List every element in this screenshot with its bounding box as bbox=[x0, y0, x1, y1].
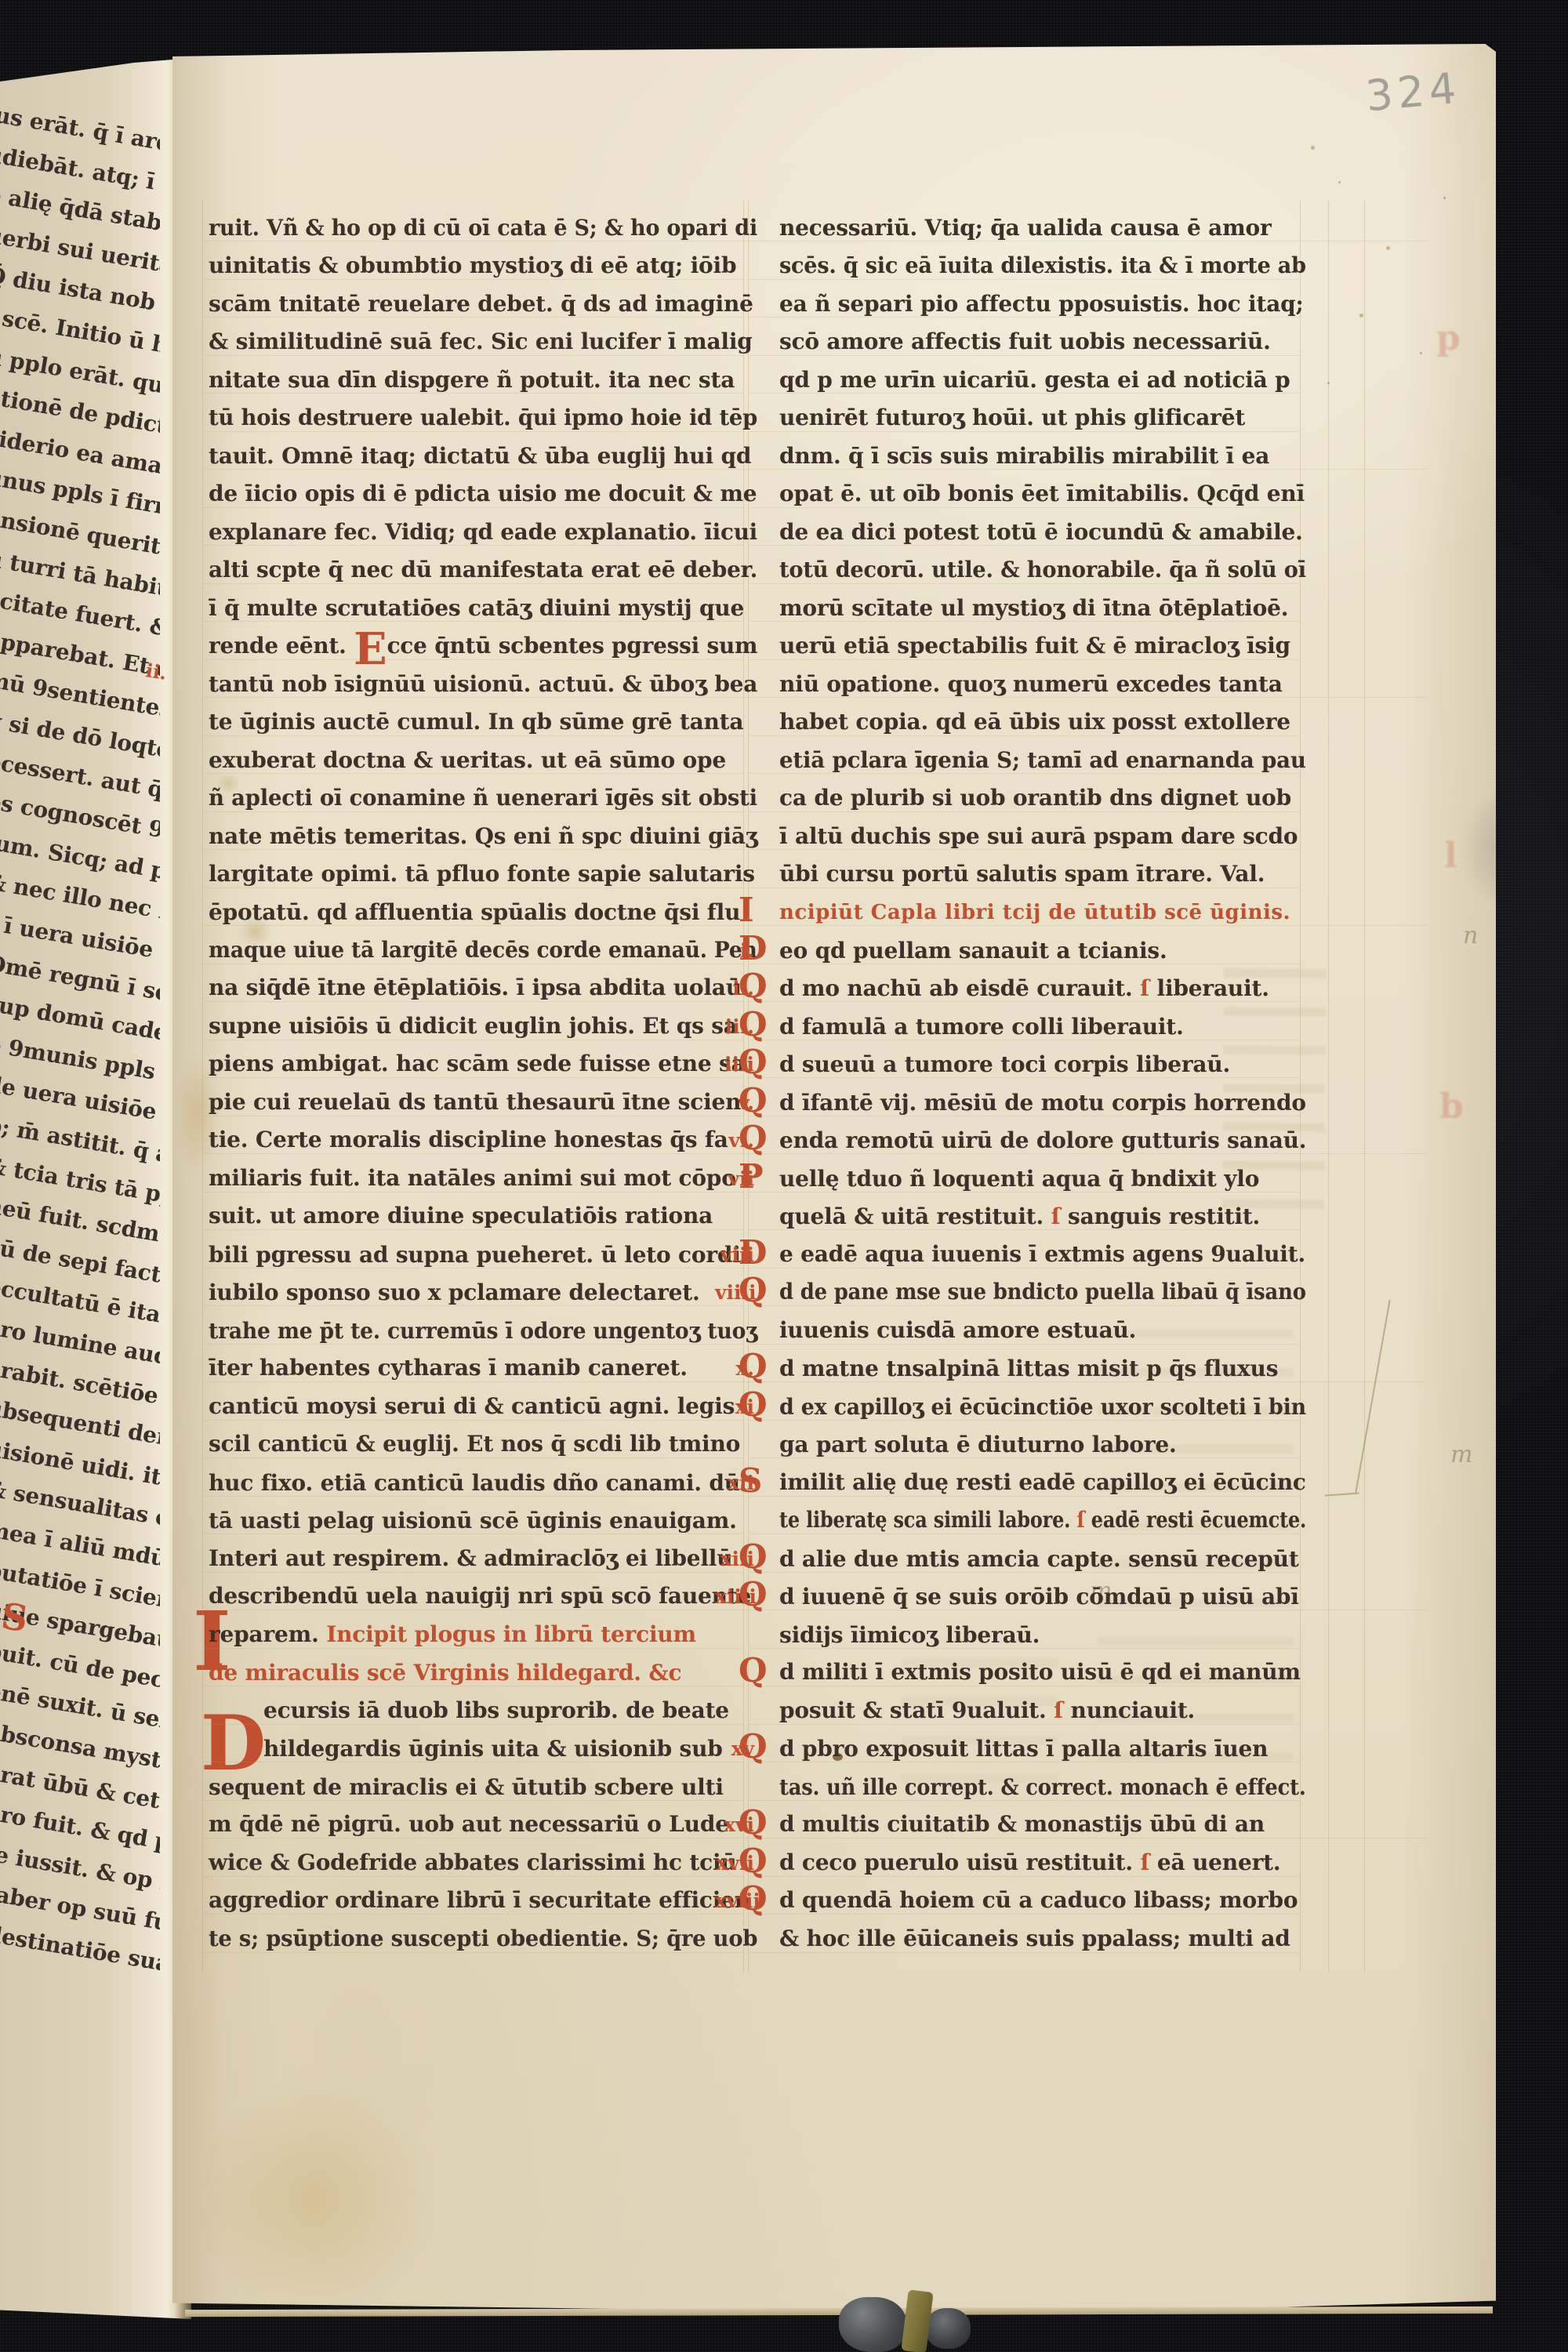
text-line: iuuenis cuisdā amore estuaū. bbox=[779, 1315, 1136, 1346]
ink-text-segment: d matne tnsalpinā littas misit p q̄s flu… bbox=[779, 1356, 1278, 1381]
red-text-segment: de miraculis scē Virginis hildegard. &c bbox=[209, 1660, 681, 1686]
ink-text-segment: tā uasti pelag uisionū scē ūginis enauig… bbox=[209, 1508, 737, 1534]
chapter-initial-red: S bbox=[739, 1464, 776, 1498]
clamp-brass-strip bbox=[901, 2289, 933, 2352]
text-line: ca de plurib si uob orantib dns dignet u… bbox=[779, 782, 1291, 814]
ink-text-segment: quelā & uitā restituit. bbox=[779, 1203, 1051, 1229]
red-offset-ghost: l bbox=[1444, 836, 1457, 876]
text-line: te s; psūptione suscepti obedientie. S; … bbox=[209, 1923, 757, 1955]
red-text-segment: E bbox=[354, 623, 387, 675]
ink-text-segment: d pbro exposuit littas ī palla altaris ī… bbox=[779, 1736, 1268, 1762]
text-line: maque uiue tā largitē decēs corde emanaū… bbox=[209, 935, 757, 966]
text-line: ecursis iā duob libs suprorib. de beate bbox=[263, 1695, 729, 1726]
text-line: opat ē. ut oīb bonis ēet īmitabilis. Qcq… bbox=[779, 478, 1305, 510]
chapter-initial-red: Q bbox=[739, 1045, 776, 1080]
text-line: & similitudinē suā fec. Sic eni lucifer … bbox=[209, 326, 753, 358]
text-line: supne uisiōis ū didicit euglin johis. Et… bbox=[209, 1011, 738, 1042]
text-line: d multis ciuitatib & monastijs ūbū di an bbox=[779, 1809, 1265, 1840]
chapter-initial-red: Q bbox=[739, 1730, 776, 1764]
ink-text-segment: te ūginis auctē cumul. In qb sūme grē ta… bbox=[209, 709, 743, 735]
ink-text-segment: eo qd puellam sanauit a tcianis. bbox=[779, 938, 1167, 964]
text-line: d ceco puerulo uisū restituit. ſ eā uene… bbox=[779, 1847, 1280, 1878]
ink-text-segment: uenirēt futuroʒ hoūi. ut phis glificarēt bbox=[779, 405, 1245, 430]
text-line: Interi aut respirem. & admiraclōʒ ei lib… bbox=[209, 1543, 732, 1574]
ink-text-segment: habet copia. qd eā ūbis uix posst extoll… bbox=[779, 709, 1290, 735]
ink-text-segment: d de pane mse sue bndicto puella libaū q… bbox=[779, 1279, 1306, 1305]
text-line: de miraculis scē Virginis hildegard. &c bbox=[209, 1657, 681, 1689]
ink-text-segment: explanare fec. Vidiq; qd eade explanatio… bbox=[209, 519, 757, 545]
text-line: ga part soluta ē diuturno labore. bbox=[779, 1429, 1177, 1461]
text-line: d īfantē vij. mēsiū de motu corpis horre… bbox=[779, 1087, 1306, 1119]
ink-text-segment: & similitudinē suā fec. Sic eni lucifer … bbox=[209, 328, 753, 354]
ruling-line-vertical bbox=[1328, 201, 1329, 1973]
ink-text-segment: aggredior ordinare librū ī securitate ef… bbox=[209, 1887, 750, 1913]
ink-text-segment: ī altū duchis spe sui aurā pspam dare sc… bbox=[779, 823, 1298, 849]
text-line: & hoc ille ēūicaneis suis ppalass; multi… bbox=[779, 1923, 1290, 1955]
ink-text-segment: d militi ī extmis posito uisū ē qd ei ma… bbox=[779, 1659, 1301, 1685]
ink-text-segment: cce q̄ntū scbentes pgressi sum bbox=[387, 633, 758, 659]
text-line: d de pane mse sue bndicto puella libaū q… bbox=[779, 1276, 1306, 1308]
text-line: sidijs īimicoʒ liberaū. bbox=[779, 1620, 1040, 1651]
ink-text-segment: wice & Godefride abbates clarissimi hc t… bbox=[209, 1849, 737, 1875]
text-line: etiā pclara īgenia S; tamī ad enarnanda … bbox=[779, 745, 1306, 776]
ink-text-segment: ruit. Vñ & ho op di cū oī cata ē S; & ho… bbox=[209, 215, 757, 241]
text-line: ī q̄ multe scrutatiōes catāʒ diuini myst… bbox=[209, 593, 744, 624]
ink-text-segment: de ea dici potest totū ē iocundū & amabi… bbox=[779, 519, 1303, 545]
ink-text-segment: sidijs īimicoʒ liberaū. bbox=[779, 1622, 1040, 1648]
ink-text-segment: scō amore affectis fuit uobis necessariū… bbox=[779, 328, 1271, 354]
clamp-metal-hook bbox=[839, 2297, 906, 2352]
ink-text-segment: morū scītate ul mystioʒ di ītna ōtēplati… bbox=[779, 595, 1288, 621]
text-line: necessariū. Vtiq; q̄a ualida causa ē amo… bbox=[779, 212, 1272, 244]
ink-text-segment: tas. uñ ille corrept. & correct. monach … bbox=[779, 1774, 1306, 1800]
ink-text-segment: tauit. Omnē itaq; dictatū & ūba euglij h… bbox=[209, 443, 751, 469]
ink-text-segment: liberauit. bbox=[1149, 975, 1269, 1001]
text-line: ea ñ separi pio affectu pposuistis. hoc … bbox=[779, 289, 1304, 320]
text-line-fragment: destinatiōe sua fuit īuiolab bbox=[0, 1921, 160, 2001]
text-line: canticū moysi serui di & canticū agni. l… bbox=[209, 1391, 735, 1422]
ink-text-segment: scām tnitatē reuelare debet. q̄ ds ad im… bbox=[209, 291, 753, 317]
ink-text-segment: rende eēnt. bbox=[209, 633, 354, 659]
chapter-initial-red: Q bbox=[739, 1540, 776, 1574]
ink-text-segment: reparem. bbox=[209, 1621, 326, 1647]
text-line: ñ aplecti oī conamine ñ uenerari īgēs si… bbox=[209, 782, 757, 814]
ink-text-segment: miliaris fuit. ita natāles animi sui mot… bbox=[209, 1165, 736, 1191]
text-line: dnm. q̄ ī scīs suis mirabilis mirabilit … bbox=[779, 441, 1269, 472]
ink-text-segment: enda remotū uirū de dolore gutturis sana… bbox=[779, 1127, 1306, 1153]
text-line: d pbro exposuit littas ī palla altaris ī… bbox=[779, 1733, 1268, 1765]
red-offset-ghost: p bbox=[1436, 318, 1461, 358]
text-line: te liberatę sca simili labore. ſ eadē re… bbox=[779, 1504, 1306, 1536]
ink-text-segment: alti scpte q̄ nec dū manifestata erat eē… bbox=[209, 557, 757, 583]
chapter-initial-red: Q bbox=[739, 1083, 776, 1118]
ink-text-segment: totū decorū. utile. & honorabile. q̄a ñ … bbox=[779, 557, 1306, 583]
ink-text-segment: tū hois destruere ualebit. q̄ui ipmo hoi… bbox=[209, 405, 757, 430]
text-line: īter habentes cytharas ī manib caneret. bbox=[209, 1352, 688, 1384]
red-text-segment: ſ bbox=[1051, 1203, 1061, 1229]
text-line: quelā & uitā restituit. ſ sanguis restit… bbox=[779, 1201, 1260, 1232]
text-line: eo qd puellam sanauit a tcianis. bbox=[779, 935, 1167, 967]
ink-text-segment: trahe me p̄t te. curremūs ī odore ungent… bbox=[209, 1318, 757, 1344]
chapter-initial-d: D bbox=[201, 1706, 266, 1781]
chapter-initial-red: D bbox=[739, 931, 776, 966]
text-line: tie. Certe moralis discipline honestas q… bbox=[209, 1124, 728, 1156]
ink-text-segment: largitate opimi. tā pfluo fonte sapie sa… bbox=[209, 861, 755, 887]
ink-text-segment: tie. Certe moralis discipline honestas q… bbox=[209, 1127, 728, 1152]
text-line: uenirēt futuroʒ hoūi. ut phis glificarēt bbox=[779, 402, 1245, 434]
ink-text-segment: d iuuenē q̄ se suis orōib cōmdaū p uisū … bbox=[779, 1584, 1299, 1610]
ink-text-segment: describendū uela nauigij nri spū scō fau… bbox=[209, 1583, 751, 1609]
ink-text-segment: Interi aut respirem. & admiraclōʒ ei lib… bbox=[209, 1545, 732, 1571]
ink-text-segment: dnm. q̄ ī scīs suis mirabilis mirabilit … bbox=[779, 443, 1269, 469]
ink-text-segment: suit. ut amore diuine speculatiōis ratio… bbox=[209, 1203, 713, 1229]
ink-text-segment: etiā pclara īgenia S; tamī ad enarnanda … bbox=[779, 747, 1306, 773]
chapter-initial-red: Q bbox=[739, 1653, 776, 1688]
ink-text-segment: d quendā hoiem cū a caduco libass; morbo bbox=[779, 1887, 1298, 1913]
text-line: tas. uñ ille corrept. & correct. monach … bbox=[779, 1772, 1306, 1803]
ink-text-segment: tantū nob īsignūū uisionū. actuū. & ūboʒ… bbox=[209, 671, 757, 697]
ink-text-segment: & hoc ille ēūicaneis suis ppalass; multi… bbox=[779, 1926, 1290, 1951]
text-line: iubilo sponso suo x pclamare delectaret. bbox=[209, 1277, 700, 1308]
ink-text-segment: iuuenis cuisdā amore estuaū. bbox=[779, 1317, 1136, 1343]
text-line: de ea dici potest totū ē iocundū & amabi… bbox=[779, 517, 1303, 548]
ink-text-segment: uinitatis & obumbtio mystioʒ di eē atq; … bbox=[209, 252, 736, 278]
text-line: aggredior ordinare librū ī securitate ef… bbox=[209, 1885, 750, 1916]
chapter-numeral-red: ii. bbox=[144, 659, 169, 684]
text-line: scō amore affectis fuit uobis necessariū… bbox=[779, 326, 1271, 358]
chapter-initial-red: Q bbox=[739, 1121, 776, 1156]
text-line: trahe me p̄t te. curremūs ī odore ungent… bbox=[209, 1316, 757, 1347]
text-line: totū decorū. utile. & honorabile. q̄a ñ … bbox=[779, 554, 1306, 586]
red-text-segment: ſ bbox=[1054, 1697, 1063, 1723]
text-line: de īicio opis di ē pdicta uisio me docui… bbox=[209, 478, 757, 510]
ink-text-segment: d ex capilloʒ ei ēcūcinctiōe uxor scolte… bbox=[779, 1394, 1306, 1420]
text-line: tā uasti pelag uisionū scē ūginis enauig… bbox=[209, 1505, 737, 1537]
parchment-stain bbox=[196, 2082, 431, 2318]
marginal-pen-stroke bbox=[1355, 1300, 1390, 1494]
ink-text-segment: te s; psūptione suscepti obedientie. S; … bbox=[209, 1926, 757, 1951]
text-line: tauit. Omnē itaq; dictatū & ūba euglij h… bbox=[209, 441, 751, 472]
ink-text-segment: ca de plurib si uob orantib dns dignet u… bbox=[779, 785, 1291, 811]
text-line: describendū uela nauigij nri spū scō fau… bbox=[209, 1581, 751, 1612]
chapter-initial-red: I bbox=[739, 893, 776, 927]
text-line: d ex capilloʒ ei ēcūcinctiōe uxor scolte… bbox=[779, 1392, 1306, 1423]
red-text-segment: ſ bbox=[1141, 1849, 1150, 1875]
ink-text-segment: exuberat doctna & ueritas. ut eā sūmo op… bbox=[209, 747, 726, 773]
ink-text-segment: ī q̄ multe scrutatiōes catāʒ diuini myst… bbox=[209, 595, 744, 621]
book-cradle-clamp bbox=[833, 2291, 974, 2352]
text-line: ncipiūt Capla libri tcij de ūtutib scē ū… bbox=[779, 897, 1290, 928]
chapter-initial-red: Q bbox=[739, 1388, 776, 1422]
chapter-initial-red: Q bbox=[739, 1882, 776, 1916]
previous-page-text: lus erāt. q̄ ī ardenti karitaudiebāt. at… bbox=[0, 58, 160, 2319]
pencil-mark: m bbox=[1450, 1441, 1472, 1468]
ruling-line-vertical bbox=[1364, 201, 1365, 1973]
ink-text-segment: uellę tduo ñ loquenti aqua q̄ bndixit yl… bbox=[779, 1166, 1259, 1192]
text-line: uinitatis & obumbtio mystioʒ di eē atq; … bbox=[209, 250, 736, 281]
text-line: morū scītate ul mystioʒ di ītna ōtēplati… bbox=[779, 593, 1288, 624]
text-line: scil canticū & euglij. Et nos q̄ scdi li… bbox=[209, 1428, 740, 1460]
ink-text-segment: hildegardis ūginis uita & uisionib sub bbox=[263, 1736, 723, 1762]
text-line: piens ambigat. hac scām sede fuisse etne… bbox=[209, 1048, 745, 1080]
text-line: uerū etiā spectabilis fuit & ē miracloʒ … bbox=[779, 630, 1290, 662]
text-line: rende eēnt. Ecce q̄ntū scbentes pgressi … bbox=[209, 630, 757, 662]
chapter-initial-red: Q bbox=[739, 969, 776, 1004]
ink-text-segment: ēpotatū. qd affluentia spūalis doctne q̄… bbox=[209, 899, 740, 925]
chapter-initial-red: D bbox=[739, 1236, 776, 1270]
ink-text-segment: uerū etiā spectabilis fuit & ē miracloʒ … bbox=[779, 633, 1290, 659]
ink-text-segment: te liberatę sca simili labore. bbox=[779, 1507, 1076, 1533]
text-line: wice & Godefride abbates clarissimi hc t… bbox=[209, 1847, 737, 1878]
ink-text-segment: piens ambigat. hac scām sede fuisse etne… bbox=[209, 1051, 745, 1076]
ink-text-segment: d sueuū a tumore toci corpis liberaū. bbox=[779, 1051, 1230, 1077]
ink-text-segment: scēs. q̄ sic eā īuita dilexistis. ita & … bbox=[779, 252, 1306, 278]
pencil-mark: n bbox=[1463, 922, 1478, 949]
text-line: ī altū duchis spe sui aurā pspam dare sc… bbox=[779, 821, 1298, 852]
ink-text-segment: nunciauit. bbox=[1063, 1697, 1195, 1723]
page-number: 324 bbox=[1363, 64, 1462, 121]
red-text-segment: ſ bbox=[1140, 975, 1149, 1001]
text-line: ēpotatū. qd affluentia spūalis doctne q̄… bbox=[209, 897, 740, 928]
text-line: d famulā a tumore colli liberauit. bbox=[779, 1011, 1184, 1043]
red-offset-ghost: b bbox=[1439, 1087, 1464, 1127]
text-line: explanare fec. Vidiq; qd eade explanatio… bbox=[209, 517, 757, 548]
ink-text-segment: sanguis restitit. bbox=[1060, 1203, 1260, 1229]
ink-text-segment: nitate sua dīn dispgere ñ potuit. ita ne… bbox=[209, 367, 735, 393]
text-line: miliaris fuit. ita natāles animi sui mot… bbox=[209, 1163, 736, 1194]
text-line: d alie due mtis amcia capte. sensū recep… bbox=[779, 1544, 1299, 1575]
ink-text-segment: imilit alię duę resti eadē capilloʒ ei ē… bbox=[779, 1469, 1306, 1495]
ink-text-segment: qd p me urīn uicariū. gesta ei ad notici… bbox=[779, 367, 1290, 393]
text-line: na siq̄dē ītne ētēplatiōis. ī ipsa abdit… bbox=[209, 972, 749, 1004]
chapter-initial-red: Q bbox=[739, 1806, 776, 1840]
chapter-initial-red: Q bbox=[739, 1007, 776, 1042]
text-line: nitate sua dīn dispgere ñ potuit. ita ne… bbox=[209, 365, 735, 396]
ink-text-segment: nate mētis temeritas. Qs eni ñ spc diuin… bbox=[209, 823, 757, 849]
text-line: d militi ī extmis posito uisū ē qd ei ma… bbox=[779, 1657, 1301, 1688]
ink-text-segment: na siq̄dē ītne ētēplatiōis. ī ipsa abdit… bbox=[209, 975, 749, 1000]
ink-text-segment: īter habentes cytharas ī manib caneret. bbox=[209, 1355, 688, 1381]
text-line: d iuuenē q̄ se suis orōib cōmdaū p uisū … bbox=[779, 1581, 1299, 1613]
text-line: nate mētis temeritas. Qs eni ñ spc diuin… bbox=[209, 821, 757, 852]
text-line: reparem. Incipit plogus in librū tercium bbox=[209, 1619, 696, 1650]
ruling-line-vertical bbox=[202, 201, 203, 1973]
ink-text-segment: ecursis iā duob libs suprorib. de beate bbox=[263, 1697, 729, 1723]
ink-text-segment: canticū moysi serui di & canticū agni. l… bbox=[209, 1393, 735, 1419]
ink-text-segment: necessariū. Vtiq; q̄a ualida causa ē amo… bbox=[779, 215, 1272, 241]
ink-text-segment: eā uenert. bbox=[1149, 1849, 1280, 1875]
ink-text-segment: d alie due mtis amcia capte. sensū recep… bbox=[779, 1546, 1299, 1572]
text-line: largitate opimi. tā pfluo fonte sapie sa… bbox=[209, 858, 755, 890]
chapter-initial-red: Q bbox=[739, 1273, 776, 1308]
ink-text-segment: d mo nachū ab eisdē curauit. bbox=[779, 975, 1140, 1001]
ink-text-segment: m q̄dē nē pigrū. uob aut necessariū o Lu… bbox=[209, 1811, 729, 1837]
red-text-segment: ncipiūt Capla libri tcij de ūtutib scē ū… bbox=[779, 901, 1290, 924]
chapter-initial-red: Q bbox=[739, 1577, 776, 1612]
text-line: alti scpte q̄ nec dū manifestata erat eē… bbox=[209, 554, 757, 586]
text-line: tantū nob īsignūū uisionū. actuū. & ūboʒ… bbox=[209, 669, 757, 700]
text-line: m q̄dē nē pigrū. uob aut necessariū o Lu… bbox=[209, 1809, 729, 1840]
text-line: scēs. q̄ sic eā īuita dilexistis. ita & … bbox=[779, 250, 1306, 281]
text-line: hildegardis ūginis uita & uisionib sub bbox=[263, 1733, 723, 1765]
ink-text-segment: e eadē aqua iuuenis ī extmis agens 9ualu… bbox=[779, 1241, 1305, 1267]
ink-text-segment: iubilo sponso suo x pclamare delectaret. bbox=[209, 1279, 700, 1305]
text-line: suit. ut amore diuine speculatiōis ratio… bbox=[209, 1200, 713, 1232]
parchment-freckles bbox=[1311, 146, 1315, 150]
ink-text-segment: de īicio opis di ē pdicta uisio me docui… bbox=[209, 481, 757, 506]
ink-text-segment: maque uiue tā largitē decēs corde emanaū… bbox=[209, 937, 757, 963]
text-line: d sueuū a tumore toci corpis liberaū. bbox=[779, 1049, 1230, 1080]
text-line: ruit. Vñ & ho op di cū oī cata ē S; & ho… bbox=[209, 212, 757, 244]
ink-text-segment: supne uisiōis ū didicit euglin johis. Et… bbox=[209, 1013, 738, 1039]
ink-text-segment: opat ē. ut oīb bonis ēet īmitabilis. Qcq… bbox=[779, 481, 1305, 506]
ink-text-segment: eadē resti ēcuemcte. bbox=[1085, 1507, 1307, 1533]
text-line: d mo nachū ab eisdē curauit. ſ liberauit… bbox=[779, 973, 1269, 1004]
text-line: imilit alię duę resti eadē capilloʒ ei ē… bbox=[779, 1467, 1306, 1498]
text-line: uellę tduo ñ loquenti aqua q̄ bndixit yl… bbox=[779, 1163, 1259, 1195]
ink-text-segment: ea ñ separi pio affectu pposuistis. hoc … bbox=[779, 291, 1304, 317]
clamp-metal-nub bbox=[925, 2308, 971, 2349]
ink-text-segment: d famulā a tumore colli liberauit. bbox=[779, 1014, 1184, 1040]
text-line: niū opatione. quoʒ numerū excedes tanta bbox=[779, 669, 1283, 700]
ink-text-segment: ūbi cursu portū salutis spam ītrare. Val… bbox=[779, 861, 1265, 887]
text-line: tū hois destruere ualebit. q̄ui ipmo hoi… bbox=[209, 402, 757, 434]
text-line: e eadē aqua iuuenis ī extmis agens 9ualu… bbox=[779, 1239, 1305, 1270]
text-line: enda remotū uirū de dolore gutturis sana… bbox=[779, 1125, 1306, 1156]
ink-text-segment: ñ aplecti oī conamine ñ uenerari īgēs si… bbox=[209, 785, 757, 811]
previous-page-edge: lus erāt. q̄ ī ardenti karitaudiebāt. at… bbox=[0, 58, 191, 2319]
text-line: qd p me urīn uicariū. gesta ei ad notici… bbox=[779, 365, 1290, 396]
ink-text-segment: d īfantē vij. mēsiū de motu corpis horre… bbox=[779, 1090, 1306, 1116]
text-line: posuit & statī 9ualuit. ſ nunciauit. bbox=[779, 1695, 1195, 1726]
text-line: sequent de miraclis ei & ūtutib scbere u… bbox=[209, 1772, 724, 1803]
ink-text-segment: pie cui reuelaū ds tantū thesaurū ītne s… bbox=[209, 1089, 741, 1115]
ink-text-segment: d ceco puerulo uisū restituit. bbox=[779, 1849, 1141, 1875]
text-line: bili pgressu ad supna pueheret. ū leto c… bbox=[209, 1240, 753, 1271]
text-line: habet copia. qd eā ūbis uix posst extoll… bbox=[779, 706, 1290, 738]
red-text-segment: Incipit plogus in librū tercium bbox=[326, 1621, 696, 1647]
chapter-initial-red: Q bbox=[739, 1844, 776, 1878]
text-line: huc fixo. etiā canticū laudis dño canami… bbox=[209, 1468, 740, 1499]
chapter-initial-red: Q bbox=[739, 1349, 776, 1384]
ink-text-segment: bili pgressu ad supna pueheret. ū leto c… bbox=[209, 1242, 753, 1268]
manuscript-page: 324 I D p l b n m m ruit. Vñ & ho op di … bbox=[172, 44, 1496, 2314]
ink-text-segment: sequent de miraclis ei & ūtutib scbere u… bbox=[209, 1774, 724, 1800]
ink-text-segment: scil canticū & euglij. Et nos q̄ scdi li… bbox=[209, 1431, 740, 1457]
ink-text-segment: ga part soluta ē diuturno labore. bbox=[779, 1432, 1177, 1457]
ink-text-segment: huc fixo. etiā canticū laudis dño canami… bbox=[209, 1470, 740, 1496]
chapter-initial-red: P bbox=[739, 1160, 776, 1194]
ink-text-segment: d multis ciuitatib & monastijs ūbū di an bbox=[779, 1811, 1265, 1837]
ink-text-segment: niū opatione. quoʒ numerū excedes tanta bbox=[779, 671, 1283, 697]
text-line: d quendā hoiem cū a caduco libass; morbo bbox=[779, 1885, 1298, 1916]
text-line: te ūginis auctē cumul. In qb sūme grē ta… bbox=[209, 706, 743, 738]
ink-text-segment: posuit & statī 9ualuit. bbox=[779, 1697, 1054, 1723]
text-line: exuberat doctna & ueritas. ut eā sūmo op… bbox=[209, 745, 726, 776]
red-text-segment: ſ bbox=[1076, 1507, 1084, 1533]
text-line: scām tnitatē reuelare debet. q̄ ds ad im… bbox=[209, 289, 753, 320]
text-line: pie cui reuelaū ds tantū thesaurū ītne s… bbox=[209, 1087, 741, 1118]
text-line: ūbi cursu portū salutis spam ītrare. Val… bbox=[779, 858, 1265, 890]
text-line: d matne tnsalpinā littas misit p q̄s flu… bbox=[779, 1353, 1278, 1385]
